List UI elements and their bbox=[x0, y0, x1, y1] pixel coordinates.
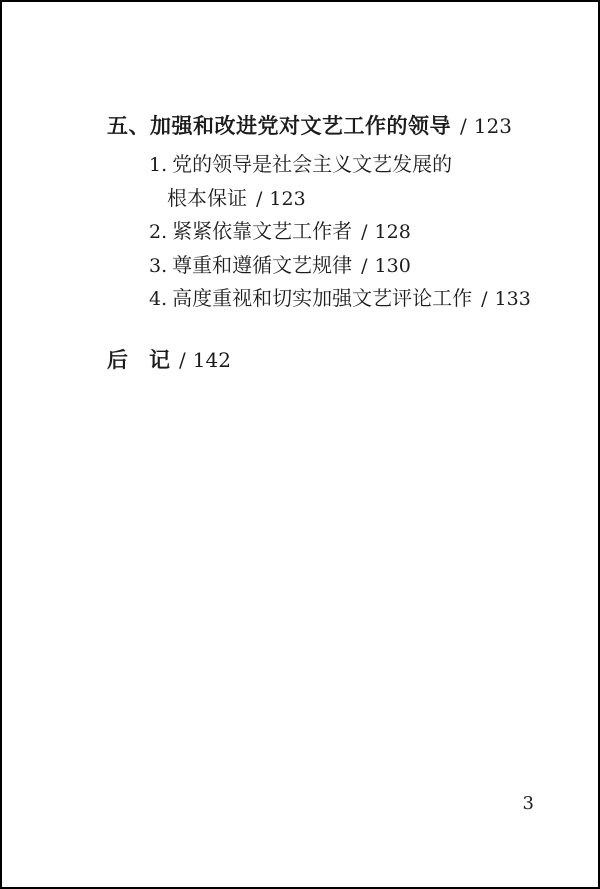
item-number: 4. bbox=[149, 283, 167, 316]
backmatter-heading: 后 记/142 bbox=[107, 347, 538, 374]
toc-item-line: 2.紧紧依靠文艺工作者/128 bbox=[149, 215, 538, 249]
toc-item: 2.紧紧依靠文艺工作者/128 bbox=[149, 215, 538, 249]
toc-item-line: 4.高度重视和切实加强文艺评论工作/133 bbox=[149, 282, 538, 316]
backmatter-page-number: 142 bbox=[193, 348, 231, 372]
item-pageref: /123 bbox=[247, 188, 306, 210]
page-number: 3 bbox=[523, 794, 534, 814]
toc-content: 五、加强和改进党对文艺工作的领导/123 1.党的领导是社会主义文艺发展的 根本… bbox=[107, 2, 538, 374]
toc-item: 3.尊重和遵循文艺规律/130 bbox=[149, 249, 538, 283]
item-pageref: /130 bbox=[352, 255, 411, 277]
toc-item-line: 1.党的领导是社会主义文艺发展的 bbox=[149, 148, 538, 182]
item-title: 紧紧依靠文艺工作者 bbox=[172, 219, 352, 243]
item-title: 党的领导是社会主义文艺发展的 bbox=[172, 152, 452, 176]
item-title: 高度重视和切实加强文艺评论工作 bbox=[172, 286, 472, 310]
backmatter-pageref: /142 bbox=[170, 348, 231, 372]
separator-slash: / bbox=[361, 216, 367, 249]
item-pageref: /128 bbox=[352, 221, 411, 243]
separator-slash: / bbox=[481, 283, 487, 316]
toc-item-line: 3.尊重和遵循文艺规律/130 bbox=[149, 249, 538, 283]
chapter-pageref: /123 bbox=[451, 114, 512, 138]
separator-slash: / bbox=[361, 250, 367, 283]
toc-item: 1.党的领导是社会主义文艺发展的 根本保证/123 bbox=[149, 148, 538, 215]
separator-slash: / bbox=[179, 347, 186, 374]
separator-slash: / bbox=[460, 113, 467, 140]
toc-item-line-wrapped: 根本保证/123 bbox=[167, 182, 538, 216]
item-number: 3. bbox=[149, 250, 167, 283]
book-page: 五、加强和改进党对文艺工作的领导/123 1.党的领导是社会主义文艺发展的 根本… bbox=[0, 0, 600, 889]
toc-item: 4.高度重视和切实加强文艺评论工作/133 bbox=[149, 282, 538, 316]
item-page-number: 123 bbox=[269, 188, 305, 210]
item-page-number: 130 bbox=[375, 255, 411, 277]
item-title: 尊重和遵循文艺规律 bbox=[172, 253, 352, 277]
item-pageref: /133 bbox=[472, 288, 531, 310]
item-number: 1. bbox=[149, 149, 167, 182]
chapter-heading: 五、加强和改进党对文艺工作的领导/123 bbox=[107, 113, 538, 140]
item-page-number: 133 bbox=[495, 288, 531, 310]
separator-slash: / bbox=[256, 183, 262, 216]
item-title-continued: 根本保证 bbox=[167, 186, 247, 210]
chapter-title: 五、加强和改进党对文艺工作的领导 bbox=[107, 114, 451, 138]
toc-item-list: 1.党的领导是社会主义文艺发展的 根本保证/123 2.紧紧依靠文艺工作者/12… bbox=[107, 148, 538, 316]
chapter-page-number: 123 bbox=[474, 114, 512, 138]
item-page-number: 128 bbox=[375, 221, 411, 243]
backmatter-title: 后 记 bbox=[107, 348, 170, 372]
item-number: 2. bbox=[149, 216, 167, 249]
